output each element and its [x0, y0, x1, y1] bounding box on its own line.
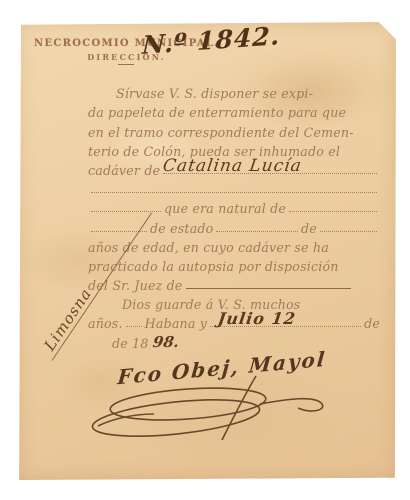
- blank-line: [320, 231, 377, 232]
- body-line: del Sr. Juez de: [88, 274, 380, 293]
- blank-line: Julio 12: [210, 326, 361, 327]
- printed-text: de: [301, 221, 317, 236]
- handwritten-date: Julio 12: [217, 309, 298, 328]
- printed-text: de estado: [150, 221, 213, 236]
- printed-text: en el tramo correspondiente del Cemen-: [88, 125, 354, 140]
- printed-text: practicado la autopsia por disposición: [88, 259, 339, 274]
- handwritten-year: 98.: [151, 333, 180, 351]
- printed-text: Sírvase V. S. disponer se expi-: [116, 86, 313, 101]
- printed-text: de: [364, 316, 380, 331]
- blank-line: [289, 211, 377, 212]
- printed-text: de 18: [112, 336, 149, 351]
- body-line: en el tramo correspondiente del Cemen-: [88, 120, 380, 139]
- blank-line: [126, 326, 142, 327]
- blank-line: Catalina Lucía: [163, 173, 377, 174]
- printed-text: cadáver de: [88, 163, 160, 178]
- body-line: que era natural de: [88, 197, 380, 216]
- form-body: Sírvase V. S. disponer se expi- da papel…: [88, 82, 380, 351]
- body-line: Sírvase V. S. disponer se expi-: [88, 82, 380, 101]
- printed-text: Habana y: [145, 316, 207, 331]
- blank-line: [216, 231, 298, 232]
- letterhead-rule: [118, 64, 134, 65]
- handwritten-deceased-name: Catalina Lucía: [162, 156, 304, 176]
- body-line-date: años. Habana y Julio 12 de: [88, 312, 380, 331]
- body-line-blank: [88, 178, 380, 197]
- printed-text: da papeleta de enterramiento para que: [88, 105, 346, 120]
- printed-text: años.: [88, 316, 123, 331]
- body-line: practicado la autopsia por disposición: [88, 255, 380, 274]
- scan-background: NECROCOMIO MUNICIPAL. DIRECCION. N.º 184…: [0, 0, 410, 500]
- blank-line: [91, 192, 377, 193]
- body-line: da papeleta de enterramiento para que: [88, 101, 380, 120]
- document-paper: NECROCOMIO MUNICIPAL. DIRECCION. N.º 184…: [18, 22, 396, 480]
- signature-rubric-flourish: [84, 374, 340, 452]
- printed-text: que era natural de: [164, 201, 286, 216]
- body-line-name: cadáver de Catalina Lucía: [88, 159, 380, 178]
- form-number-handwritten: N.º 1842.: [142, 21, 281, 60]
- blank-line: [186, 288, 351, 289]
